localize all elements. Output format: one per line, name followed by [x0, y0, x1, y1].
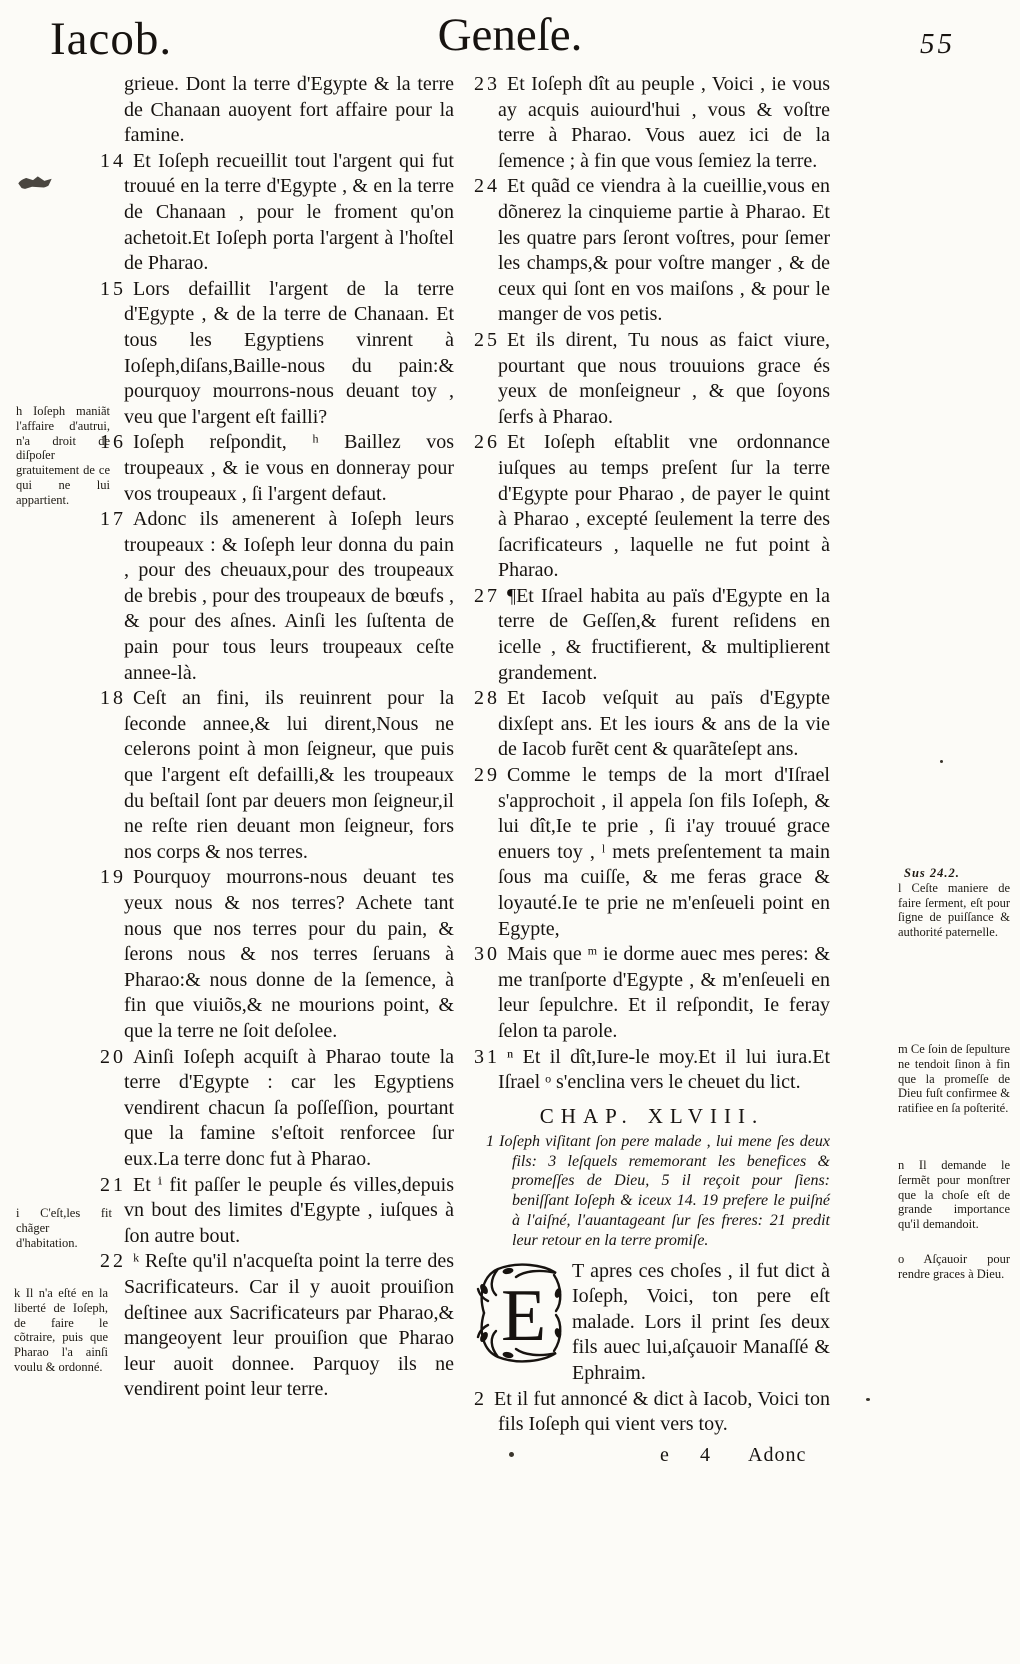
- verse-28: 28Et Iacob veſquit au païs d'Egypte dixſ…: [474, 686, 830, 763]
- verse-14: 14Et Ioſeph recueillit tout l'argent qui…: [100, 149, 454, 277]
- margin-note-h: h Ioſeph maniãt l'affaire d'autrui, n'a …: [16, 404, 110, 508]
- verse-25: 25Et ils dirent, Tu nous as faict viure,…: [474, 328, 830, 430]
- ornate-drop-cap: E: [474, 1263, 562, 1363]
- margin-note-l: Sus 24.2. l Ceſte maniere de faire ſerme…: [898, 866, 1010, 940]
- chapter-roman-numeral: XLVIII.: [648, 1104, 764, 1128]
- margin-note-o: o Aſçauoir pour rendre graces à Dieu.: [898, 1252, 1010, 1282]
- margin-note-n: n Il demande le ſermẽt pour monſtrer que…: [898, 1158, 1010, 1232]
- signature-catchword-line: e 4 Adonc: [474, 1444, 830, 1478]
- chapter-heading: CHAP.XLVIII.: [474, 1104, 830, 1129]
- ink-speck: [866, 1398, 870, 1401]
- verse-21: 21Et ⁱ fit paſſer le peuple és villes,de…: [100, 1173, 454, 1250]
- verse-number: 17: [100, 508, 126, 530]
- text-column-right: 23Et Ioſeph dît au peuple , Voici , ie v…: [474, 72, 830, 1478]
- verse-24: 24Et quãd ce viendra à la cueillie,vous …: [474, 174, 830, 328]
- chapter-label: CHAP.: [540, 1104, 634, 1128]
- verse-number: 18: [100, 687, 126, 709]
- scanned-bible-page: Iacob. Geneſe. 55 grieue. Dont la terre …: [0, 0, 1020, 1664]
- verse-number: 31: [474, 1046, 500, 1068]
- verse-number: 25: [474, 329, 500, 351]
- verse-number: 20: [100, 1046, 126, 1068]
- verse-20: 20Ainſi Ioſeph acquiſt à Pharao toute la…: [100, 1045, 454, 1173]
- verse-number: 22: [100, 1250, 126, 1272]
- verse-16: 16Ioſeph reſpondit, ʰ Baillez vos troupe…: [100, 430, 454, 507]
- gathering-signature-letter: e: [660, 1444, 669, 1467]
- margin-note-l-text: l Ceſte maniere de faire ſerment, eſt po…: [898, 881, 1010, 940]
- verse-27: 27¶Et Iſrael habita au païs d'Egypte en …: [474, 584, 830, 686]
- running-head-title: Geneſe.: [0, 8, 1020, 62]
- verse-23: 23Et Ioſeph dît au peuple , Voici , ie v…: [474, 72, 830, 174]
- verse-number: 23: [474, 73, 500, 95]
- margin-note-m: m Ce ſoin de ſepulture ne tendoit ſinon …: [898, 1042, 1010, 1116]
- verse-number: 21: [100, 1174, 126, 1196]
- page-number: 55: [920, 28, 955, 61]
- verse-31: 31ⁿ Et il dît,Iure-le moy.Et il lui iura…: [474, 1045, 830, 1096]
- verse-number: 26: [474, 431, 500, 453]
- verse-number: 15: [100, 278, 126, 300]
- verse-number: 2: [474, 1388, 487, 1410]
- chapter48-verse-1: E T apres ces choſes , il fut dict à Ioſ…: [474, 1259, 830, 1387]
- chapter-argument: 1 Ioſeph viſitant ſon pere malade , lui …: [474, 1132, 830, 1251]
- margin-cross-reference: Sus 24.2.: [904, 866, 1010, 881]
- drop-cap-woodcut: E: [474, 1263, 562, 1363]
- catchword: Adonc: [748, 1444, 806, 1467]
- chapter48-verse-2: 2Et il fut annoncé & dict à Iacob, Voici…: [474, 1387, 830, 1438]
- margin-note-i: i C'eſt,les fit chãger d'habitation.: [16, 1206, 112, 1250]
- text-column-left: grieue. Dont la terre d'Egypte & la terr…: [100, 72, 454, 1403]
- verse-number: 14: [100, 150, 126, 172]
- verse-number: 27: [474, 585, 500, 607]
- ink-smudge: [17, 174, 52, 190]
- verse-13-continuation: grieue. Dont la terre d'Egypte & la terr…: [100, 72, 454, 149]
- svg-text:E: E: [501, 1275, 546, 1357]
- verse-number: 19: [100, 866, 126, 888]
- ink-speck: [940, 760, 943, 763]
- verse-15: 15Lors defaillit l'argent de la terre d'…: [100, 277, 454, 431]
- verse-29: 29Comme le temps de la mort d'Iſrael s'a…: [474, 763, 830, 942]
- verse-number: 29: [474, 764, 500, 786]
- verse-19: 19Pourquoy mourrons-nous deuant tes yeux…: [100, 865, 454, 1044]
- verse-number: 28: [474, 687, 500, 709]
- verse-17: 17Adonc ils amenerent à Ioſeph leurs tro…: [100, 507, 454, 686]
- margin-note-k: k Il n'a eſté en la liberté de Ioſeph, d…: [14, 1286, 108, 1375]
- verse-30: 30Mais que ᵐ ie dorme auec mes peres: & …: [474, 942, 830, 1044]
- verse-number: 24: [474, 175, 500, 197]
- verse-number: 30: [474, 943, 500, 965]
- verse-18: 18Ceſt an fini, ils reuinrent pour la ſe…: [100, 686, 454, 865]
- verse-26: 26Et Ioſeph eſtablit vne ordonnance iuſq…: [474, 430, 830, 584]
- verse-22: 22ᵏ Reſte qu'il n'acqueſta point la terr…: [100, 1249, 454, 1403]
- gathering-signature-number: 4: [700, 1444, 710, 1467]
